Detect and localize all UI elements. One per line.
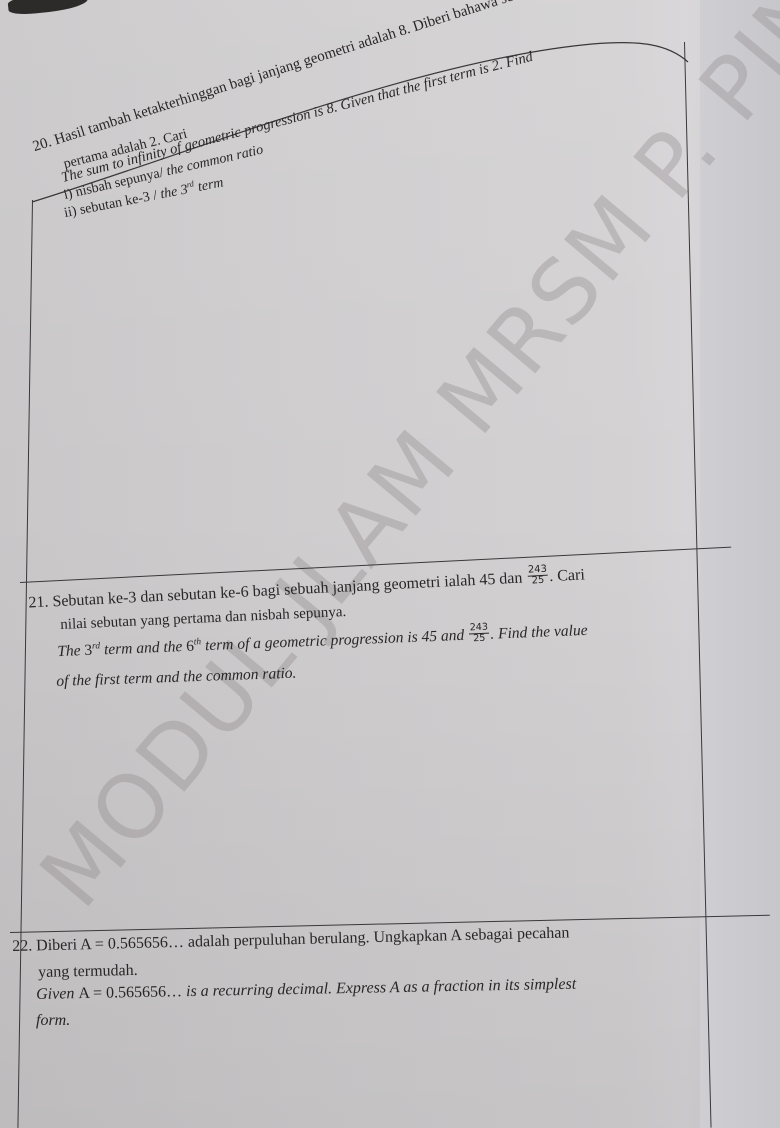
fraction-243-over-25: 24325 [469, 623, 490, 645]
question-number: 21. [28, 594, 49, 612]
fraction-243-over-25: 24325 [527, 565, 549, 588]
recurring-decimal-value: A = 0.565656… [80, 934, 184, 954]
question-22-line-en-2: form. [36, 1012, 70, 1030]
question-number: 22. [12, 938, 32, 955]
recurring-decimal-value: A = 0.565656… [78, 983, 182, 1002]
question-21-line-en-2: of the first term and the common ratio. [56, 665, 297, 691]
question-text-bm: Sebutan ke-3 dan sebutan ke-6 bagi sebua… [52, 570, 523, 611]
box-left-border [17, 200, 33, 1128]
question-22-line-2: yang termudah. [38, 962, 138, 982]
